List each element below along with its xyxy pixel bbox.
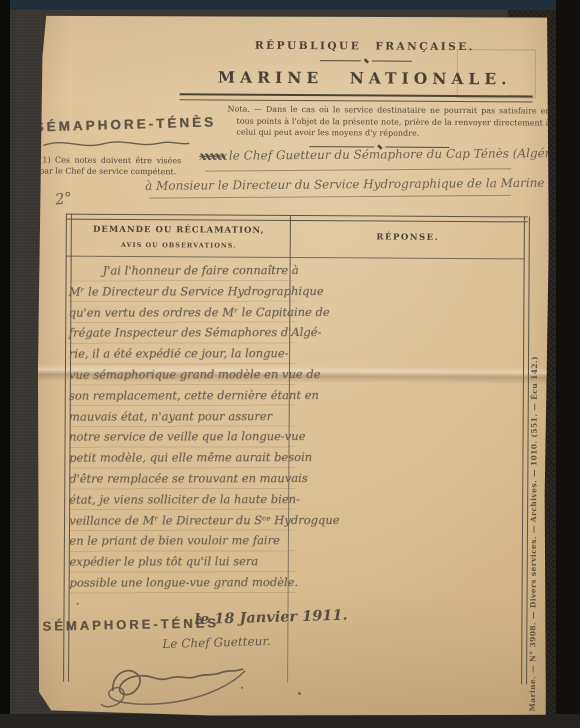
- letter-line: d'être remplacée se trouvant en mauvais: [69, 468, 295, 489]
- ornament-line: [371, 60, 412, 61]
- footnote-text: (1) Ces notes doivent être visées par le…: [39, 154, 181, 177]
- letter-line: état, je viens solliciter de la haute bi…: [69, 489, 295, 510]
- letter-line: veillance de Mʳ le Directeur du Sᶜᵉ Hydr…: [69, 510, 295, 531]
- background-top-band: [0, 0, 580, 10]
- table-header-rule: [66, 256, 525, 260]
- recipient-line-1: xxxxx le Chef Guetteur du Sémaphore du C…: [199, 146, 549, 163]
- letter-line: petit modèle, qui elle même aurait besoi…: [69, 447, 295, 468]
- column-header-reponse: RÉPONSE.: [293, 232, 523, 243]
- letter-line: son remplacement, cette dernière étant e…: [69, 385, 295, 406]
- recipient-line-2: à Monsieur le Directeur du Service Hydro…: [145, 173, 549, 194]
- paper-speck: [241, 687, 243, 689]
- ornament-diamond: [363, 58, 368, 63]
- column-subheader-avis: AVIS OU OBSERVATIONS.: [69, 241, 289, 250]
- nota-text: Nota. — Dans le cas où le service destin…: [227, 104, 550, 140]
- recipient-line-1-text: le Chef Guetteur du Sémaphore du Cap Tén…: [225, 146, 566, 163]
- letter-line: en le priant de bien vouloir me faire: [69, 530, 295, 551]
- recipient-line-2-text: à Monsieur le Directeur du Service Hydro…: [145, 176, 564, 193]
- letter-line: qu'en vertu des ordres de Mʳ le Capitain…: [69, 302, 295, 323]
- semaphore-stamp-bottom: SÉMAPHORE-TÉNÈS: [42, 615, 219, 634]
- left-black-strip: [0, 0, 10, 728]
- right-black-strip: [556, 0, 580, 728]
- column-header-demande: DEMANDE OU RÉCLAMATION,: [69, 225, 289, 236]
- letter-body: J'ai l'honneur de faire connaître à Mʳ l…: [69, 260, 296, 593]
- hand-mark: 2°: [54, 189, 73, 209]
- archive-margin-note: Marine. — N° 3908. — Divers services. — …: [528, 279, 540, 711]
- double-rule: [180, 93, 533, 102]
- page-title: MARINE NATIONALE.: [150, 67, 580, 89]
- document-photo: RÉPUBLIQUE FRANÇAISE. MARINE NATIONALE. …: [0, 0, 580, 728]
- table-border-top: [66, 214, 528, 223]
- scribble-mark: xxxxx: [199, 149, 225, 163]
- paper-speck: [77, 603, 79, 605]
- semaphore-stamp-top: SÉMAPHORE-TÉNÈS: [34, 114, 216, 134]
- recipient-underline-2: [149, 195, 511, 199]
- letter-line: notre service de veille que la longue-vu…: [69, 426, 295, 447]
- signature-flourish: [91, 649, 266, 722]
- recipient-underline-1: [205, 168, 511, 171]
- letter-line: possible une longue-vue grand modèle.: [69, 572, 295, 593]
- letter-line: expédier le plus tôt qu'il lui sera: [69, 551, 295, 572]
- closing-date: le 18 Janvier 1911.: [194, 607, 347, 628]
- letter-line: rie, il a été expédié ce jour, la longue…: [69, 343, 295, 364]
- letter-line: frégate Inspecteur des Sémaphores d'Algé…: [69, 322, 295, 343]
- ornament-line: [320, 60, 361, 61]
- republic-title: RÉPUBLIQUE FRANÇAISE.: [180, 39, 550, 53]
- paper-sheet: RÉPUBLIQUE FRANÇAISE. MARINE NATIONALE. …: [36, 14, 550, 717]
- ornament-divider-icon: [320, 58, 412, 64]
- paper-speck: [298, 692, 301, 695]
- letter-line: vue sémaphorique grand modèle en vue de: [69, 364, 295, 385]
- stamp-flourish: [41, 136, 191, 151]
- letter-line: Mʳ le Directeur du Service Hydrographiqu…: [69, 281, 295, 302]
- letter-line: J'ai l'honneur de faire connaître à: [69, 260, 295, 281]
- letter-line: mauvais état, n'ayant pour assurer: [69, 406, 295, 427]
- bottom-shadow: [0, 714, 580, 728]
